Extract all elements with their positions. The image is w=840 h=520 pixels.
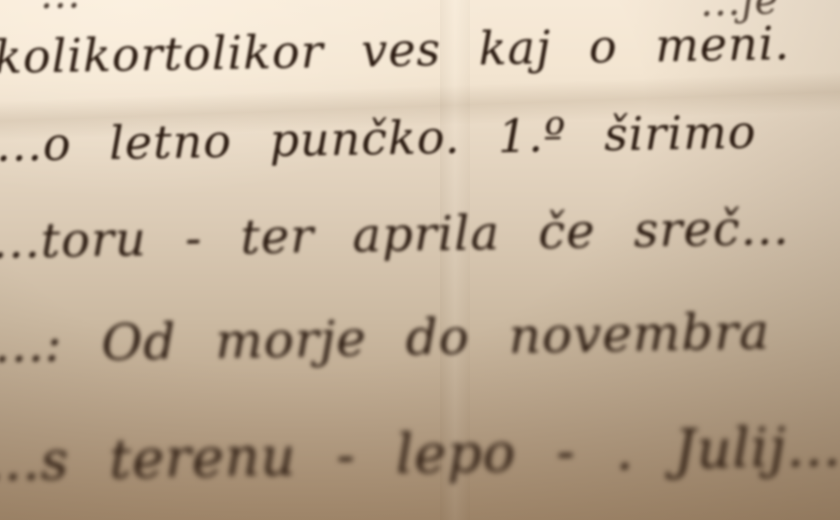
handwritten-word: letno	[109, 114, 233, 170]
handwritten-word: ...:	[0, 315, 63, 374]
handwritten-word: morje	[215, 309, 368, 370]
handwritten-word: širimo	[604, 105, 757, 162]
handwritten-word: .	[615, 419, 634, 482]
letter-photo: ... ...je kolikortolikor ves kaj o meni.…	[0, 0, 840, 520]
handwritten-word: ...toru	[0, 211, 147, 270]
handwritten-word: ...o	[0, 117, 72, 172]
handwritten-word: če	[538, 203, 596, 260]
handwritten-line-0: ...	[40, 0, 104, 18]
handwritten-line-4: ...: Od morje do novembra	[0, 302, 792, 374]
handwritten-word: ves	[361, 22, 442, 77]
handwritten-line-1: kolikortolikor ves kaj o meni.	[0, 16, 812, 84]
handwritten-word: -	[336, 424, 356, 487]
handwritten-word: kolikortolikor	[0, 24, 324, 84]
handwritten-word: punčko.	[269, 110, 461, 167]
handwritten-word: -	[185, 210, 203, 266]
handwritten-line-5: ...s terenu - lepo - . Julij...	[0, 415, 840, 493]
handwritten-word: 1.º	[497, 108, 566, 163]
handwritten-word: kaj	[478, 20, 551, 75]
handwritten-word: ter	[240, 208, 315, 265]
handwritten-word: -	[556, 420, 576, 483]
handwritten-word: Julij...	[674, 415, 840, 481]
handwritten-word: o	[588, 19, 618, 73]
handwritten-word: meni.	[655, 16, 791, 72]
handwritten-word: novembra	[508, 302, 770, 365]
handwritten-line-3: ...toru - ter aprila če sreč...	[0, 200, 812, 270]
handwritten-word: do	[405, 308, 470, 367]
handwritten-word: ...	[40, 0, 82, 18]
handwritten-word: Od	[101, 313, 177, 372]
handwritten-word: sreč...	[633, 200, 790, 259]
handwritten-word: lepo	[395, 421, 516, 486]
handwritten-line-2: ...o letno punčko. 1.º širimo	[0, 104, 779, 172]
handwritten-word: aprila	[352, 205, 501, 264]
handwritten-word: terenu	[109, 425, 297, 491]
handwritten-word: ...s	[0, 429, 70, 493]
